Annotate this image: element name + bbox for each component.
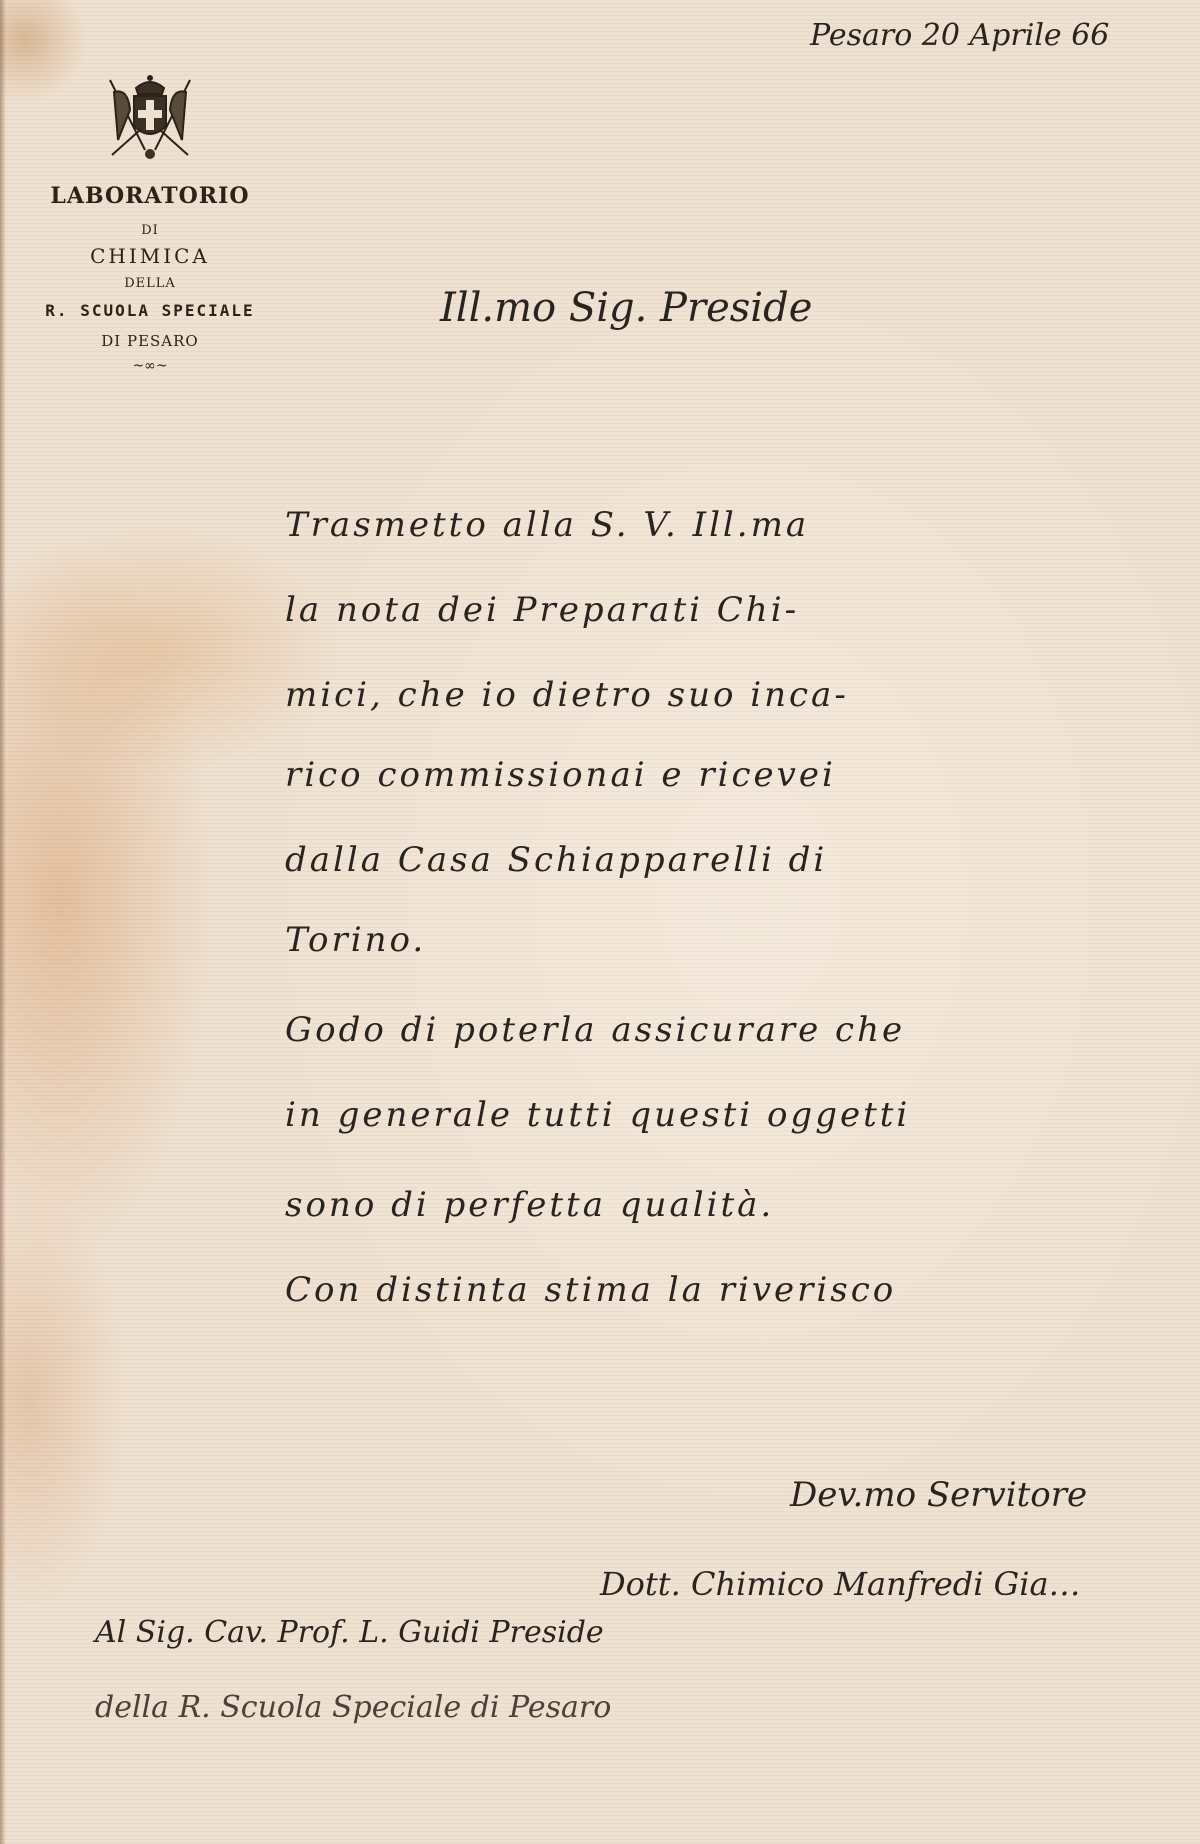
closing: Dev.mo Servitore [790,1475,1087,1515]
date-line: Pesaro 20 Aprile 66 [810,18,1109,53]
body-line: Torino. [285,920,426,960]
letterhead-line-city: DI PESARO [0,332,300,350]
letterhead-line-della: DELLA [0,276,300,291]
body-line: Con distinta stima la riverisco [285,1270,896,1310]
recipient-address-line: Al Sig. Cav. Prof. L. Guidi Preside [95,1615,604,1650]
letterhead-line-chimica: CHIMICA [0,244,300,268]
body-line: sono di perfetta qualità. [285,1185,774,1225]
letterhead-line-school: R. SCUOLA SPECIALE [0,301,300,320]
body-line: mici, che io dietro suo inca- [285,675,849,715]
body-line: dalla Casa Schiapparelli di [285,840,827,880]
body-line: la nota dei Preparati Chi- [285,590,799,630]
body-line: rico commissionai e ricevei [285,755,836,795]
flourish-ornament-icon: ~∞~ [0,358,300,374]
signature: Dott. Chimico Manfredi Gia… [600,1565,1081,1603]
body-line: in generale tutti questi oggetti [285,1095,910,1135]
salutation: Ill.mo Sig. Preside [440,285,812,331]
body-line: Trasmetto alla S. V. Ill.ma [285,505,809,545]
body-line: Godo di poterla assicurare che [285,1010,905,1050]
letter-page: LABORATORIO DI CHIMICA DELLA R. SCUOLA S… [0,0,1200,1844]
letterhead-line-di: DI [0,223,300,238]
savoy-coat-of-arms-icon [100,70,200,165]
letterhead-line-laboratorio: LABORATORIO [0,183,300,209]
recipient-address-line: della R. Scuola Speciale di Pesaro [95,1690,611,1725]
letterhead: LABORATORIO DI CHIMICA DELLA R. SCUOLA S… [0,70,300,374]
